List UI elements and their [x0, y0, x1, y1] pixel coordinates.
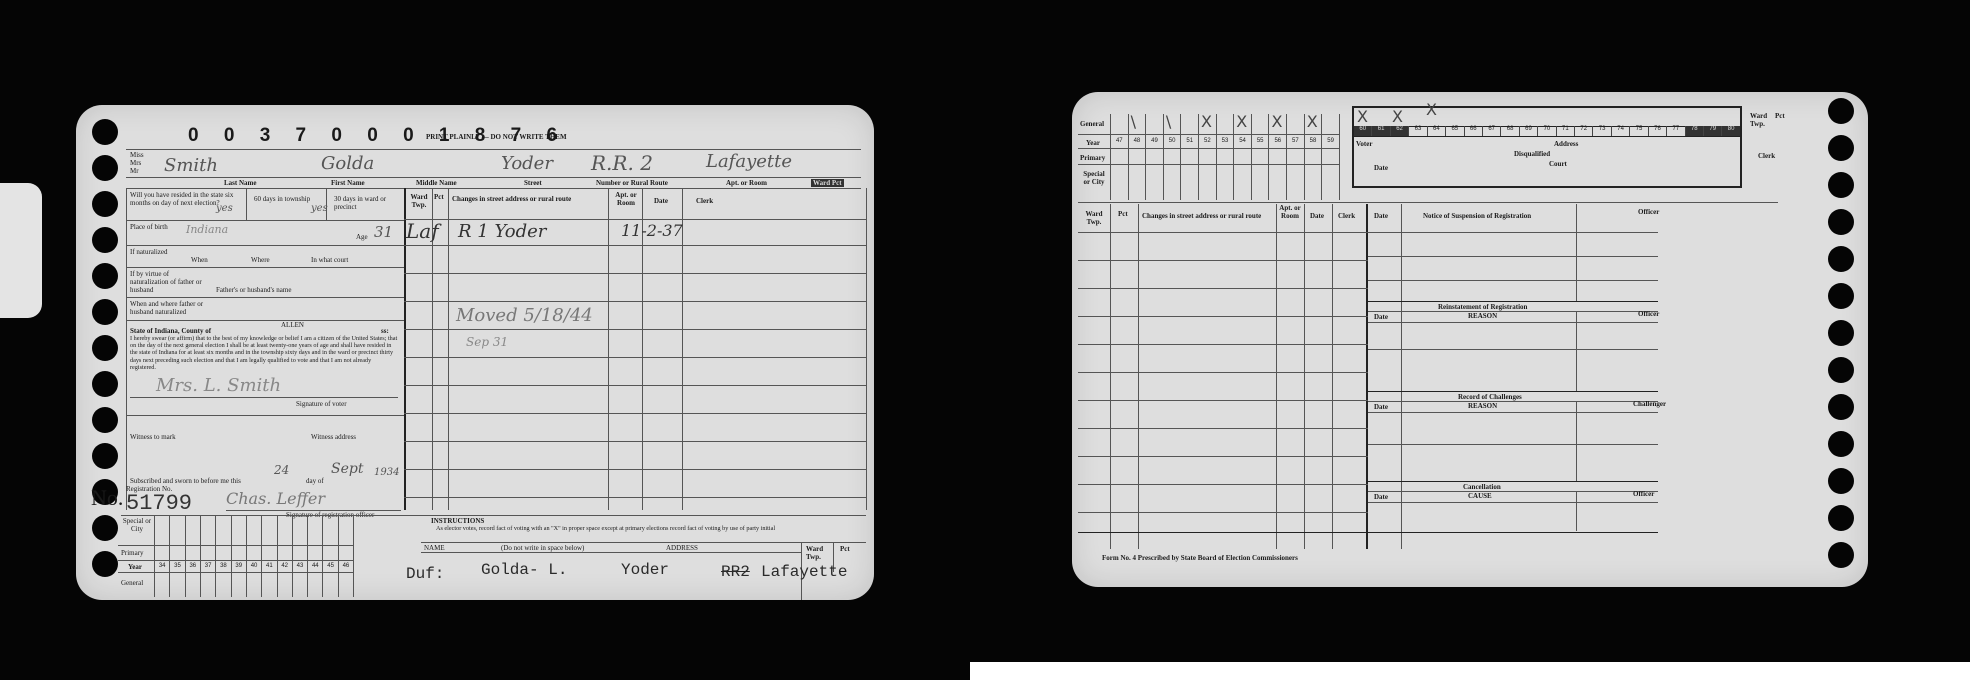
street-value: Yoder: [501, 153, 553, 174]
oath-county: ALLEN: [281, 321, 304, 329]
middle-name-label: Middle Name: [416, 179, 457, 187]
punch-hole: [92, 443, 118, 469]
age-value: 31: [374, 223, 393, 241]
punch-hole: [92, 119, 118, 145]
suspension-heading: Notice of Suspension of Registration: [1423, 212, 1531, 220]
punch-hole: [92, 335, 118, 361]
registration-number: 51799: [126, 491, 192, 516]
punch-hole: [1828, 357, 1854, 383]
year-strip-right: 60 61 62 63 64 65 66 67 68 69 70 71 72 7…: [1354, 126, 1740, 136]
punch-hole: [1828, 246, 1854, 272]
naturalized-by-virtue-label: If by virtue of naturalization of father…: [130, 270, 205, 294]
sworn-day: 24: [274, 463, 289, 477]
apt-value: Lafayette: [706, 151, 792, 172]
apt-label: Apt. or Room: [726, 179, 767, 187]
voting-record-front: Special or City Primary Year General 34 …: [118, 515, 353, 597]
naturalized-when-label: When: [191, 256, 208, 264]
address-change-ward: Laf: [406, 219, 439, 243]
punch-hole: [92, 155, 118, 181]
residence-state-answer: yes: [216, 203, 233, 214]
reinstatement-officer-label: Officer: [1638, 310, 1659, 318]
punch-hole: [1828, 468, 1854, 494]
route-label: Number or Rural Route: [596, 179, 668, 187]
cancellation-date-label: Date: [1374, 493, 1388, 501]
punch-hole: [1828, 542, 1854, 568]
instructions-pct-label: Pct: [840, 545, 850, 553]
punch-hole: [1828, 394, 1854, 420]
last-name-label: Last Name: [224, 179, 256, 187]
punch-hole: [1828, 209, 1854, 235]
address-change-value: R 1 Yoder: [458, 221, 546, 242]
birth-place-value: Indiana: [186, 223, 228, 236]
cancellation-officer-label: Officer: [1633, 490, 1654, 498]
disqualified-box: 60 61 62 63 64 65 66 67 68 69 70 71 72 7…: [1352, 106, 1742, 188]
header-note: PRINT PLAINLY — DO NOT WRITE THEM: [426, 133, 567, 141]
reinstatement-reason-label: REASON: [1468, 312, 1497, 320]
punch-hole: [1828, 431, 1854, 457]
col-ward-twp: Ward Twp.: [408, 193, 430, 209]
voter-signature-label: Signature of voter: [296, 400, 347, 408]
instructions-heading: INSTRUCTIONS: [431, 517, 484, 525]
father-naturalized-label: When and where father or husband natural…: [130, 300, 215, 316]
first-name-value: Golda: [321, 153, 374, 174]
challenges-reason-label: REASON: [1468, 402, 1497, 410]
col-date: Date: [654, 197, 668, 205]
age-label: Age: [356, 233, 368, 241]
col-clerk: Clerk: [696, 197, 713, 205]
punch-hole: [1828, 172, 1854, 198]
naturalized-label: If naturalized: [130, 248, 170, 256]
sworn-year: 1934: [374, 467, 399, 478]
form-footer: Form No. 4 Prescribed by State Board of …: [1102, 554, 1298, 562]
ward-pct-header: Ward Pct: [811, 179, 844, 187]
typed-prefix: Duf:: [406, 565, 444, 583]
oath-text: I hereby swear (or affirm) that to the b…: [130, 335, 398, 371]
suspension-officer-label: Officer: [1638, 208, 1659, 216]
punch-hole: [92, 227, 118, 253]
registration-no-symbol: No.: [91, 485, 123, 511]
sworn-label: Subscribed and sworn to before me this: [130, 477, 241, 485]
typed-name: Golda- L.: [481, 561, 567, 579]
challenges-challenger-label: Challenger: [1633, 400, 1666, 408]
col-pct: Pct: [434, 193, 444, 201]
voting-record-back: General Year Primary Special or City 47 …: [1078, 114, 1340, 200]
witness-address-label: Witness address: [311, 433, 356, 441]
address-label: Address: [1554, 140, 1578, 148]
scanner-edge-tab: [0, 183, 42, 318]
street-label: Street: [524, 179, 542, 187]
punch-hole: [1828, 505, 1854, 531]
registration-card-back: General Year Primary Special or City 47 …: [1072, 92, 1868, 587]
naturalized-where-label: Where: [251, 256, 270, 264]
back-main-grid: Ward Twp. Pct Changes in street address …: [1078, 204, 1778, 549]
date-label: Date: [1374, 164, 1388, 172]
punch-hole: [92, 191, 118, 217]
year-columns: 34 35 36 37 38 39 40 41 42 43 44 45 46: [154, 515, 354, 597]
reinstatement-date-label: Date: [1374, 313, 1388, 321]
first-name-label: First Name: [331, 179, 365, 187]
typed-surname: Yoder: [621, 561, 669, 579]
punch-hole: [92, 371, 118, 397]
punch-hole: [92, 551, 118, 577]
typed-town: Lafayette: [761, 563, 847, 581]
reinstatement-heading: Reinstatement of Registration: [1438, 303, 1527, 311]
challenges-heading: Record of Challenges: [1458, 393, 1522, 401]
last-name-value: Smith: [164, 155, 218, 176]
challenges-date-label: Date: [1374, 403, 1388, 411]
suspension-date-label: Date: [1374, 212, 1388, 220]
back-pct-label: Pct: [1775, 112, 1785, 120]
court-label: Court: [1549, 160, 1567, 168]
voter-signature: Mrs. L. Smith: [156, 375, 281, 396]
address-change-moved: Moved 5/18/44: [456, 305, 593, 326]
punch-hole: [92, 407, 118, 433]
scan-margin: [970, 662, 1970, 680]
oath-ss: ss:: [381, 327, 389, 335]
ward-residence-label: 30 days in ward or precinct: [334, 195, 394, 211]
col-apt: Apt. or Room: [612, 191, 640, 207]
registration-officer-signature: Chas. Leffer: [226, 489, 325, 508]
naturalized-court-label: In what court: [311, 256, 348, 264]
punch-hole: [1828, 135, 1854, 161]
typed-struck-route: RR2: [721, 563, 750, 581]
punch-hole: [92, 299, 118, 325]
punch-hole: [1828, 283, 1854, 309]
title-labels: MissMrsMr: [130, 151, 156, 175]
instructions-address-label: ADDRESS: [666, 544, 698, 552]
address-change-note: Sep 31: [466, 335, 508, 349]
instructions-text: As elector votes, record fact of voting …: [436, 525, 856, 533]
address-change-date: 11-2-37: [621, 221, 683, 240]
route-value: R.R. 2: [591, 151, 653, 175]
instructions-name-label: NAME: [424, 544, 445, 552]
instructions-do-not-write: (Do not write in space below): [501, 544, 584, 552]
cancellation-heading: Cancellation: [1463, 483, 1501, 491]
witness-mark-label: Witness to mark: [130, 433, 176, 441]
col-changes: Changes in street address or rural route: [452, 195, 606, 203]
birth-place-label: Place of birth: [130, 223, 170, 231]
punch-hole: [92, 263, 118, 289]
back-clerk-label: Clerk: [1758, 152, 1775, 160]
registration-card-front: 0 0 3 7 0 0 0 1 8 7 6 PRINT PLAINLY — DO…: [76, 105, 874, 600]
punch-hole: [92, 515, 118, 541]
father-husband-name-label: Father's or husband's name: [216, 286, 291, 294]
sworn-month: Sept: [331, 461, 363, 477]
punch-hole: [1828, 98, 1854, 124]
oath-heading: State of Indiana, County of: [130, 327, 211, 335]
disqualified-label: Disqualified: [1514, 150, 1550, 158]
township-label: 60 days in township: [254, 195, 314, 203]
punch-hole: [1828, 320, 1854, 346]
sworn-day-of: day of: [306, 477, 324, 485]
instructions-ward-label: Ward Twp.: [806, 545, 830, 561]
voter-label: Voter: [1356, 140, 1372, 148]
back-ward-label: Ward Twp.: [1750, 112, 1768, 128]
cancellation-cause-label: CAUSE: [1468, 492, 1492, 500]
